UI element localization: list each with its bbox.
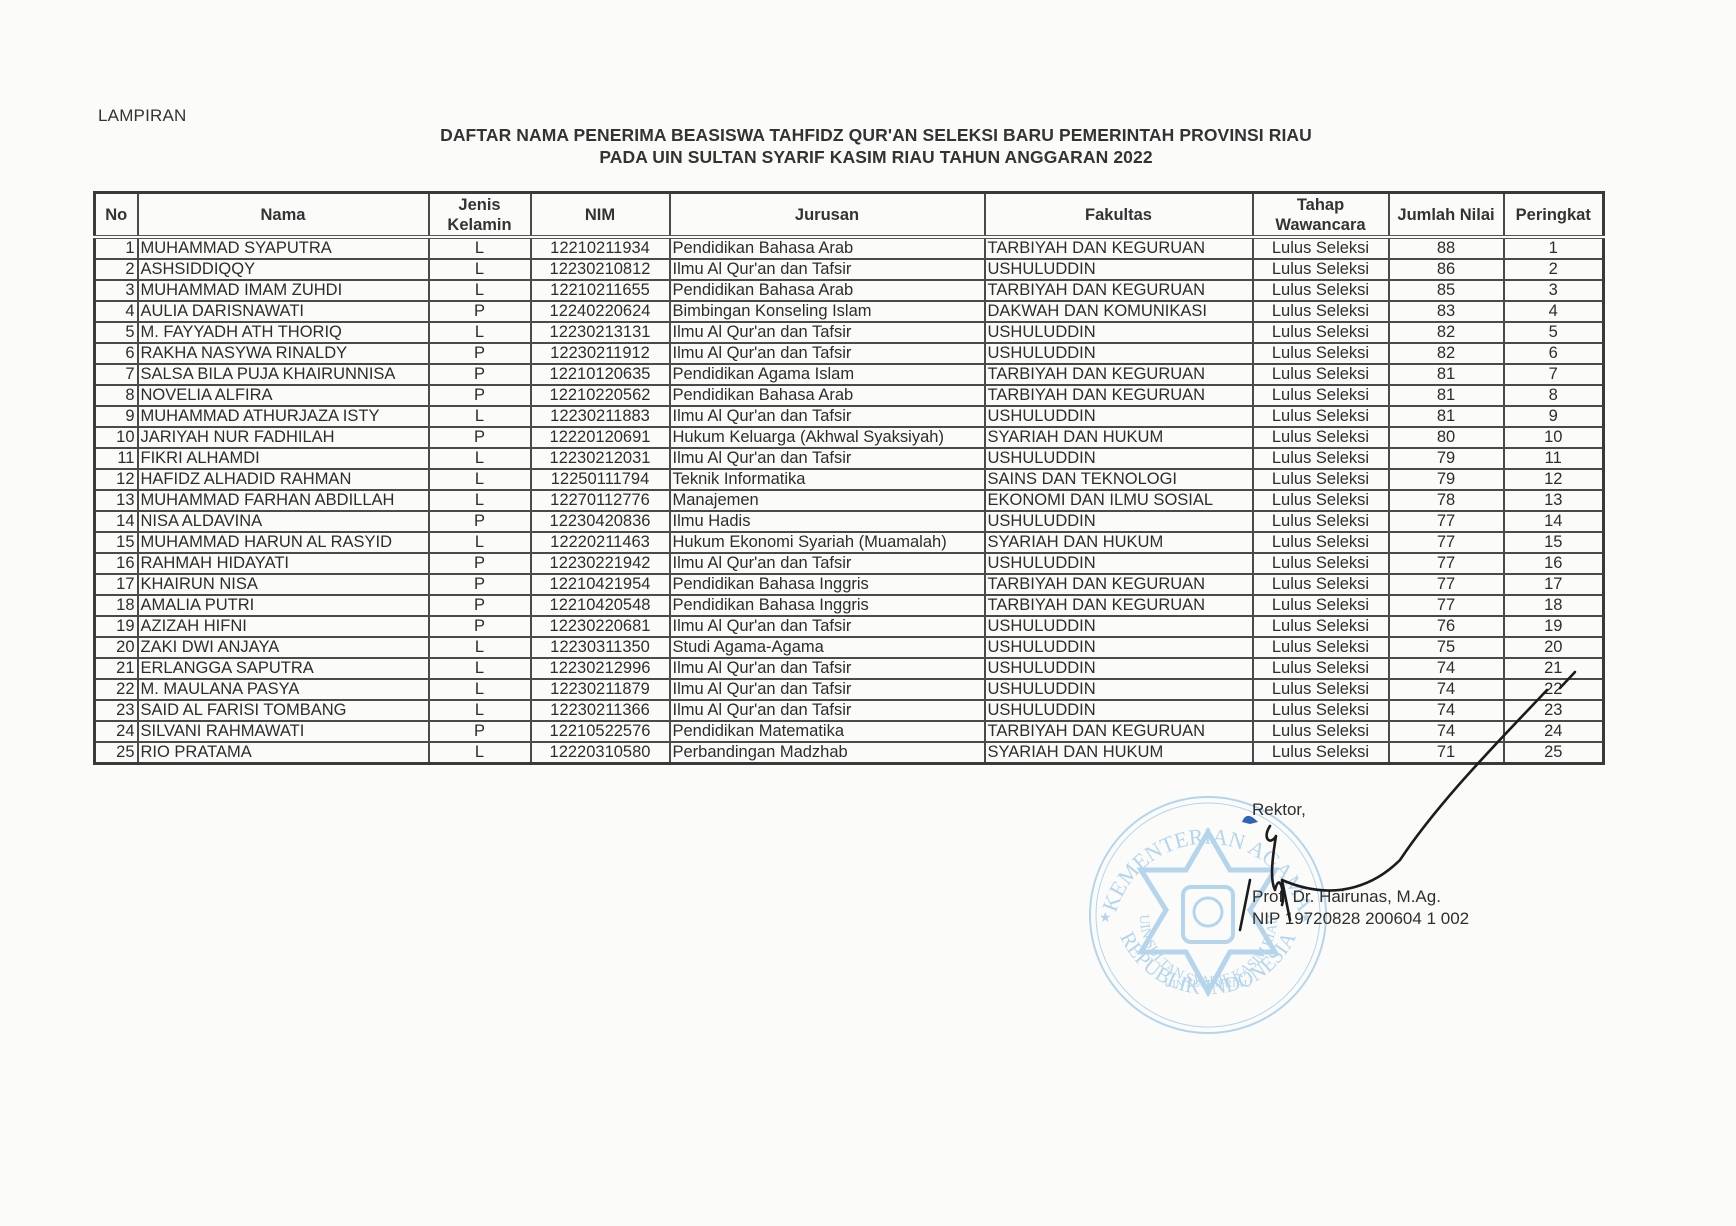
gender-cell: L (429, 532, 531, 553)
student-id-cell: 12230211366 (531, 700, 670, 721)
gender-cell: P (429, 616, 531, 637)
student-id-cell: 12230211879 (531, 679, 670, 700)
department-cell: Pendidikan Bahasa Inggris (670, 595, 985, 616)
gender-cell: L (429, 637, 531, 658)
rank-cell: 4 (1504, 301, 1604, 322)
row-number-cell: 22 (95, 679, 138, 700)
faculty-cell: SAINS DAN TEKNOLOGI (985, 469, 1253, 490)
row-number-cell: 3 (95, 280, 138, 301)
department-cell: Ilmu Al Qur'an dan Tafsir (670, 679, 985, 700)
faculty-cell: SYARIAH DAN HUKUM (985, 532, 1253, 553)
row-number-cell: 8 (95, 385, 138, 406)
department-cell: Ilmu Al Qur'an dan Tafsir (670, 658, 985, 679)
total-score-cell: 77 (1389, 553, 1504, 574)
rank-cell: 8 (1504, 385, 1604, 406)
interview-status-cell: Lulus Seleksi (1253, 574, 1389, 595)
table-row: 16RAHMAH HIDAYATIP12230221942Ilmu Al Qur… (95, 553, 1604, 574)
interview-status-cell: Lulus Seleksi (1253, 259, 1389, 280)
total-score-cell: 85 (1389, 280, 1504, 301)
department-cell: Pendidikan Bahasa Arab (670, 237, 985, 259)
header-jumlah-nilai: Jumlah Nilai (1389, 193, 1504, 238)
student-id-cell: 12230212996 (531, 658, 670, 679)
faculty-cell: EKONOMI DAN ILMU SOSIAL (985, 490, 1253, 511)
row-number-cell: 16 (95, 553, 138, 574)
signatory-nip: NIP 19720828 200604 1 002 (1252, 908, 1469, 930)
department-cell: Ilmu Al Qur'an dan Tafsir (670, 343, 985, 364)
interview-status-cell: Lulus Seleksi (1253, 406, 1389, 427)
table-row: 12HAFIDZ ALHADID RAHMANL12250111794Tekni… (95, 469, 1604, 490)
table-row: 9MUHAMMAD ATHURJAZA ISTYL12230211883Ilmu… (95, 406, 1604, 427)
student-name-cell: M. MAULANA PASYA (138, 679, 429, 700)
student-name-cell: AZIZAH HIFNI (138, 616, 429, 637)
interview-status-cell: Lulus Seleksi (1253, 616, 1389, 637)
interview-status-cell: Lulus Seleksi (1253, 532, 1389, 553)
row-number-cell: 12 (95, 469, 138, 490)
gender-cell: P (429, 301, 531, 322)
table-row: 2ASHSIDDIQQYL12230210812Ilmu Al Qur'an d… (95, 259, 1604, 280)
gender-cell: P (429, 574, 531, 595)
total-score-cell: 77 (1389, 532, 1504, 553)
total-score-cell: 79 (1389, 469, 1504, 490)
document-subtitle: PADA UIN SULTAN SYARIF KASIM RIAU TAHUN … (8, 147, 1736, 168)
student-name-cell: RAKHA NASYWA RINALDY (138, 343, 429, 364)
table-row: 11FIKRI ALHAMDIL12230212031Ilmu Al Qur'a… (95, 448, 1604, 469)
interview-status-cell: Lulus Seleksi (1253, 427, 1389, 448)
total-score-cell: 81 (1389, 385, 1504, 406)
interview-status-cell: Lulus Seleksi (1253, 553, 1389, 574)
total-score-cell: 75 (1389, 637, 1504, 658)
faculty-cell: TARBIYAH DAN KEGURUAN (985, 237, 1253, 259)
student-name-cell: M. FAYYADH ATH THORIQ (138, 322, 429, 343)
total-score-cell: 74 (1389, 700, 1504, 721)
student-name-cell: ZAKI DWI ANJAYA (138, 637, 429, 658)
student-id-cell: 12210420548 (531, 595, 670, 616)
row-number-cell: 15 (95, 532, 138, 553)
student-id-cell: 12250111794 (531, 469, 670, 490)
interview-status-cell: Lulus Seleksi (1253, 301, 1389, 322)
department-cell: Pendidikan Bahasa Inggris (670, 574, 985, 595)
student-name-cell: KHAIRUN NISA (138, 574, 429, 595)
header-jenis-kelamin: Jenis Kelamin (429, 193, 531, 238)
student-id-cell: 12240220624 (531, 301, 670, 322)
student-name-cell: NOVELIA ALFIRA (138, 385, 429, 406)
student-name-cell: SILVANI RAHMAWATI (138, 721, 429, 742)
interview-status-cell: Lulus Seleksi (1253, 721, 1389, 742)
interview-status-cell: Lulus Seleksi (1253, 742, 1389, 764)
rank-cell: 12 (1504, 469, 1604, 490)
total-score-cell: 77 (1389, 511, 1504, 532)
faculty-cell: USHULUDDIN (985, 679, 1253, 700)
rank-cell: 13 (1504, 490, 1604, 511)
student-id-cell: 12230420836 (531, 511, 670, 532)
rank-cell: 1 (1504, 237, 1604, 259)
row-number-cell: 14 (95, 511, 138, 532)
student-id-cell: 12210421954 (531, 574, 670, 595)
faculty-cell: TARBIYAH DAN KEGURUAN (985, 595, 1253, 616)
faculty-cell: TARBIYAH DAN KEGURUAN (985, 280, 1253, 301)
total-score-cell: 81 (1389, 364, 1504, 385)
gender-cell: L (429, 700, 531, 721)
student-name-cell: ASHSIDDIQQY (138, 259, 429, 280)
faculty-cell: USHULUDDIN (985, 658, 1253, 679)
student-name-cell: SAID AL FARISI TOMBANG (138, 700, 429, 721)
interview-status-cell: Lulus Seleksi (1253, 385, 1389, 406)
gender-cell: L (429, 679, 531, 700)
interview-status-cell: Lulus Seleksi (1253, 637, 1389, 658)
rank-cell: 24 (1504, 721, 1604, 742)
student-name-cell: SALSA BILA PUJA KHAIRUNNISA (138, 364, 429, 385)
total-score-cell: 78 (1389, 490, 1504, 511)
row-number-cell: 1 (95, 237, 138, 259)
rank-cell: 19 (1504, 616, 1604, 637)
total-score-cell: 83 (1389, 301, 1504, 322)
header-fakultas: Fakultas (985, 193, 1253, 238)
svg-text:UIN SUSKA RIAU: UIN SUSKA RIAU (1164, 978, 1251, 990)
gender-cell: L (429, 280, 531, 301)
header-jenis-line1: Jenis (432, 195, 528, 215)
table-body: 1MUHAMMAD SYAPUTRAL12210211934Pendidikan… (95, 237, 1604, 764)
table-row: 21ERLANGGA SAPUTRAL12230212996Ilmu Al Qu… (95, 658, 1604, 679)
gender-cell: L (429, 469, 531, 490)
interview-status-cell: Lulus Seleksi (1253, 322, 1389, 343)
gender-cell: L (429, 490, 531, 511)
rank-cell: 14 (1504, 511, 1604, 532)
student-id-cell: 12230213131 (531, 322, 670, 343)
row-number-cell: 21 (95, 658, 138, 679)
department-cell: Ilmu Al Qur'an dan Tafsir (670, 553, 985, 574)
student-id-cell: 12210211655 (531, 280, 670, 301)
gender-cell: P (429, 721, 531, 742)
faculty-cell: TARBIYAH DAN KEGURUAN (985, 364, 1253, 385)
rank-cell: 23 (1504, 700, 1604, 721)
row-number-cell: 25 (95, 742, 138, 764)
faculty-cell: USHULUDDIN (985, 700, 1253, 721)
faculty-cell: USHULUDDIN (985, 448, 1253, 469)
signatory-details: Prof. Dr. Hairunas, M.Ag. NIP 19720828 2… (1252, 886, 1469, 930)
row-number-cell: 19 (95, 616, 138, 637)
gender-cell: L (429, 448, 531, 469)
gender-cell: L (429, 406, 531, 427)
header-peringkat: Peringkat (1504, 193, 1604, 238)
student-name-cell: NISA ALDAVINA (138, 511, 429, 532)
faculty-cell: USHULUDDIN (985, 259, 1253, 280)
department-cell: Perbandingan Madzhab (670, 742, 985, 764)
row-number-cell: 7 (95, 364, 138, 385)
student-id-cell: 12220120691 (531, 427, 670, 448)
interview-status-cell: Lulus Seleksi (1253, 343, 1389, 364)
interview-status-cell: Lulus Seleksi (1253, 364, 1389, 385)
faculty-cell: TARBIYAH DAN KEGURUAN (985, 385, 1253, 406)
department-cell: Ilmu Al Qur'an dan Tafsir (670, 322, 985, 343)
student-id-cell: 12270112776 (531, 490, 670, 511)
faculty-cell: USHULUDDIN (985, 343, 1253, 364)
row-number-cell: 10 (95, 427, 138, 448)
table-row: 24SILVANI RAHMAWATIP12210522576Pendidika… (95, 721, 1604, 742)
total-score-cell: 77 (1389, 595, 1504, 616)
table-row: 3MUHAMMAD IMAM ZUHDIL12210211655Pendidik… (95, 280, 1604, 301)
total-score-cell: 74 (1389, 679, 1504, 700)
student-id-cell: 12230220681 (531, 616, 670, 637)
interview-status-cell: Lulus Seleksi (1253, 280, 1389, 301)
table-row: 10JARIYAH NUR FADHILAHP12220120691Hukum … (95, 427, 1604, 448)
faculty-cell: DAKWAH DAN KOMUNIKASI (985, 301, 1253, 322)
student-name-cell: MUHAMMAD HARUN AL RASYID (138, 532, 429, 553)
rank-cell: 11 (1504, 448, 1604, 469)
faculty-cell: TARBIYAH DAN KEGURUAN (985, 574, 1253, 595)
total-score-cell: 74 (1389, 658, 1504, 679)
student-name-cell: MUHAMMAD ATHURJAZA ISTY (138, 406, 429, 427)
table-row: 20ZAKI DWI ANJAYAL12230311350Studi Agama… (95, 637, 1604, 658)
student-id-cell: 12210522576 (531, 721, 670, 742)
student-id-cell: 12210211934 (531, 237, 670, 259)
signatory-role: Rektor, (1252, 800, 1306, 820)
rank-cell: 7 (1504, 364, 1604, 385)
table-header-row: No Nama Jenis Kelamin NIM Jurusan Fakult… (95, 193, 1604, 238)
header-jenis-line2: Kelamin (432, 215, 528, 235)
rank-cell: 17 (1504, 574, 1604, 595)
rank-cell: 15 (1504, 532, 1604, 553)
interview-status-cell: Lulus Seleksi (1253, 679, 1389, 700)
interview-status-cell: Lulus Seleksi (1253, 469, 1389, 490)
gender-cell: P (429, 427, 531, 448)
row-number-cell: 2 (95, 259, 138, 280)
header-tahap-line1: Tahap (1256, 195, 1386, 215)
interview-status-cell: Lulus Seleksi (1253, 237, 1389, 259)
header-tahap-line2: Wawancara (1256, 215, 1386, 235)
header-no: No (95, 193, 138, 238)
student-id-cell: 12230212031 (531, 448, 670, 469)
department-cell: Ilmu Al Qur'an dan Tafsir (670, 259, 985, 280)
total-score-cell: 76 (1389, 616, 1504, 637)
svg-text:★: ★ (1099, 911, 1112, 926)
row-number-cell: 24 (95, 721, 138, 742)
signatory-name: Prof. Dr. Hairunas, M.Ag. (1252, 886, 1469, 908)
interview-status-cell: Lulus Seleksi (1253, 700, 1389, 721)
interview-status-cell: Lulus Seleksi (1253, 595, 1389, 616)
gender-cell: L (429, 237, 531, 259)
gender-cell: P (429, 595, 531, 616)
faculty-cell: USHULUDDIN (985, 637, 1253, 658)
row-number-cell: 6 (95, 343, 138, 364)
department-cell: Manajemen (670, 490, 985, 511)
table-row: 22M. MAULANA PASYAL12230211879Ilmu Al Qu… (95, 679, 1604, 700)
table-row: 1MUHAMMAD SYAPUTRAL12210211934Pendidikan… (95, 237, 1604, 259)
rank-cell: 21 (1504, 658, 1604, 679)
table-row: 5M. FAYYADH ATH THORIQL12230213131Ilmu A… (95, 322, 1604, 343)
header-jurusan: Jurusan (670, 193, 985, 238)
rank-cell: 3 (1504, 280, 1604, 301)
row-number-cell: 13 (95, 490, 138, 511)
scholarship-recipients-table: No Nama Jenis Kelamin NIM Jurusan Fakult… (93, 191, 1605, 765)
gender-cell: P (429, 343, 531, 364)
department-cell: Hukum Ekonomi Syariah (Muamalah) (670, 532, 985, 553)
faculty-cell: SYARIAH DAN HUKUM (985, 742, 1253, 764)
faculty-cell: USHULUDDIN (985, 553, 1253, 574)
gender-cell: L (429, 322, 531, 343)
header-nama: Nama (138, 193, 429, 238)
table-row: 15MUHAMMAD HARUN AL RASYIDL12220211463Hu… (95, 532, 1604, 553)
student-id-cell: 12210120635 (531, 364, 670, 385)
table-row: 17KHAIRUN NISAP12210421954Pendidikan Bah… (95, 574, 1604, 595)
table-row: 18AMALIA PUTRIP12210420548Pendidikan Bah… (95, 595, 1604, 616)
student-id-cell: 12230221942 (531, 553, 670, 574)
table-row: 13MUHAMMAD FARHAN ABDILLAHL12270112776Ma… (95, 490, 1604, 511)
department-cell: Ilmu Hadis (670, 511, 985, 532)
rank-cell: 20 (1504, 637, 1604, 658)
table-row: 7SALSA BILA PUJA KHAIRUNNISAP12210120635… (95, 364, 1604, 385)
gender-cell: P (429, 511, 531, 532)
interview-status-cell: Lulus Seleksi (1253, 448, 1389, 469)
department-cell: Ilmu Al Qur'an dan Tafsir (670, 448, 985, 469)
rank-cell: 10 (1504, 427, 1604, 448)
total-score-cell: 86 (1389, 259, 1504, 280)
row-number-cell: 18 (95, 595, 138, 616)
table-row: 23SAID AL FARISI TOMBANGL12230211366Ilmu… (95, 700, 1604, 721)
department-cell: Ilmu Al Qur'an dan Tafsir (670, 406, 985, 427)
row-number-cell: 11 (95, 448, 138, 469)
rank-cell: 16 (1504, 553, 1604, 574)
department-cell: Pendidikan Bahasa Arab (670, 385, 985, 406)
document-title: DAFTAR NAMA PENERIMA BEASISWA TAHFIDZ QU… (8, 125, 1736, 146)
student-id-cell: 12230210812 (531, 259, 670, 280)
total-score-cell: 80 (1389, 427, 1504, 448)
student-id-cell: 12220211463 (531, 532, 670, 553)
interview-status-cell: Lulus Seleksi (1253, 490, 1389, 511)
faculty-cell: USHULUDDIN (985, 406, 1253, 427)
department-cell: Hukum Keluarga (Akhwal Syaksiyah) (670, 427, 985, 448)
department-cell: Studi Agama-Agama (670, 637, 985, 658)
gender-cell: L (429, 259, 531, 280)
rank-cell: 25 (1504, 742, 1604, 764)
student-name-cell: RAHMAH HIDAYATI (138, 553, 429, 574)
department-cell: Bimbingan Konseling Islam (670, 301, 985, 322)
student-name-cell: JARIYAH NUR FADHILAH (138, 427, 429, 448)
student-id-cell: 12230211912 (531, 343, 670, 364)
gender-cell: L (429, 742, 531, 764)
rank-cell: 6 (1504, 343, 1604, 364)
department-cell: Ilmu Al Qur'an dan Tafsir (670, 616, 985, 637)
department-cell: Pendidikan Agama Islam (670, 364, 985, 385)
row-number-cell: 17 (95, 574, 138, 595)
header-tahap-wawancara: Tahap Wawancara (1253, 193, 1389, 238)
gender-cell: P (429, 385, 531, 406)
rank-cell: 5 (1504, 322, 1604, 343)
interview-status-cell: Lulus Seleksi (1253, 658, 1389, 679)
header-nim: NIM (531, 193, 670, 238)
faculty-cell: USHULUDDIN (985, 616, 1253, 637)
total-score-cell: 77 (1389, 574, 1504, 595)
gender-cell: L (429, 658, 531, 679)
faculty-cell: SYARIAH DAN HUKUM (985, 427, 1253, 448)
total-score-cell: 74 (1389, 721, 1504, 742)
rank-cell: 18 (1504, 595, 1604, 616)
faculty-cell: USHULUDDIN (985, 322, 1253, 343)
student-name-cell: MUHAMMAD SYAPUTRA (138, 237, 429, 259)
student-name-cell: AMALIA PUTRI (138, 595, 429, 616)
row-number-cell: 4 (95, 301, 138, 322)
table-row: 8NOVELIA ALFIRAP12210220562Pendidikan Ba… (95, 385, 1604, 406)
faculty-cell: USHULUDDIN (985, 511, 1253, 532)
student-id-cell: 12230211883 (531, 406, 670, 427)
total-score-cell: 88 (1389, 237, 1504, 259)
student-id-cell: 12220310580 (531, 742, 670, 764)
row-number-cell: 9 (95, 406, 138, 427)
department-cell: Pendidikan Matematika (670, 721, 985, 742)
student-id-cell: 12210220562 (531, 385, 670, 406)
department-cell: Ilmu Al Qur'an dan Tafsir (670, 700, 985, 721)
rank-cell: 22 (1504, 679, 1604, 700)
row-number-cell: 23 (95, 700, 138, 721)
department-cell: Pendidikan Bahasa Arab (670, 280, 985, 301)
total-score-cell: 82 (1389, 322, 1504, 343)
total-score-cell: 82 (1389, 343, 1504, 364)
row-number-cell: 5 (95, 322, 138, 343)
rank-cell: 9 (1504, 406, 1604, 427)
rank-cell: 2 (1504, 259, 1604, 280)
student-name-cell: ERLANGGA SAPUTRA (138, 658, 429, 679)
student-name-cell: MUHAMMAD FARHAN ABDILLAH (138, 490, 429, 511)
student-name-cell: HAFIDZ ALHADID RAHMAN (138, 469, 429, 490)
table-row: 4AULIA DARISNAWATIP12240220624Bimbingan … (95, 301, 1604, 322)
attachment-label: LAMPIRAN (98, 106, 187, 126)
department-cell: Teknik Informatika (670, 469, 985, 490)
table-row: 25RIO PRATAMAL12220310580Perbandingan Ma… (95, 742, 1604, 764)
total-score-cell: 71 (1389, 742, 1504, 764)
student-name-cell: RIO PRATAMA (138, 742, 429, 764)
table-row: 19AZIZAH HIFNIP12230220681Ilmu Al Qur'an… (95, 616, 1604, 637)
student-name-cell: AULIA DARISNAWATI (138, 301, 429, 322)
interview-status-cell: Lulus Seleksi (1253, 511, 1389, 532)
student-id-cell: 12230311350 (531, 637, 670, 658)
table-row: 14NISA ALDAVINAP12230420836Ilmu HadisUSH… (95, 511, 1604, 532)
total-score-cell: 81 (1389, 406, 1504, 427)
gender-cell: P (429, 364, 531, 385)
student-name-cell: FIKRI ALHAMDI (138, 448, 429, 469)
faculty-cell: TARBIYAH DAN KEGURUAN (985, 721, 1253, 742)
total-score-cell: 79 (1389, 448, 1504, 469)
gender-cell: P (429, 553, 531, 574)
table-row: 6RAKHA NASYWA RINALDYP12230211912Ilmu Al… (95, 343, 1604, 364)
student-name-cell: MUHAMMAD IMAM ZUHDI (138, 280, 429, 301)
row-number-cell: 20 (95, 637, 138, 658)
